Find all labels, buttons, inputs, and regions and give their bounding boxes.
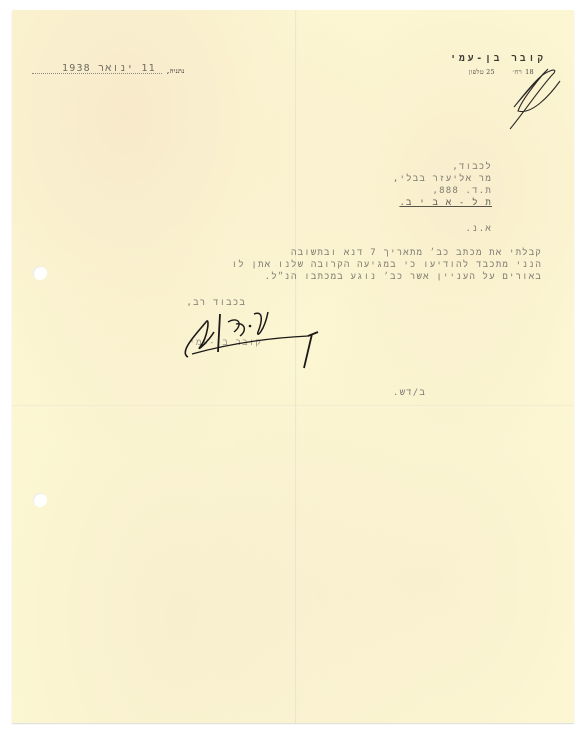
- body-line-3: באורים על העניין אשר כב׳ נוגע במכתבו הנ״…: [265, 272, 542, 282]
- letter-date: 11 ינואר 1938: [62, 63, 156, 75]
- vertical-fold: [295, 10, 297, 723]
- recipient-name: מר אליעזר בבלי,: [393, 174, 492, 184]
- punch-hole-top: [33, 266, 47, 280]
- body-line-1: קבלתי את מכתב כב׳ מתאריך 7 דנא ובתשובה: [291, 248, 542, 258]
- letter-paper: קובר בן-עמי רח׳ 18 טלפון 25 11 ינואר 193…: [12, 10, 574, 723]
- recipient-po-box: ת.ד. 888,: [432, 186, 492, 196]
- punch-hole-bottom: [33, 493, 47, 507]
- horizontal-fold: [12, 405, 574, 407]
- letter-city: נתניה,: [167, 67, 185, 75]
- greeting: א.נ.: [466, 224, 492, 234]
- letterhead-phone-label: טלפון: [469, 68, 484, 76]
- recipient-city: ת ל - א ב י ב.: [399, 198, 492, 208]
- enclosure-note: ב/דש.: [393, 388, 426, 398]
- body-line-2: הנני מתכבד להודיעו כי במגיעה הקרובה שלנו…: [232, 260, 542, 270]
- letterhead-phone-number: 25: [486, 68, 495, 76]
- recipient-salutation: לכבוד,: [452, 162, 492, 172]
